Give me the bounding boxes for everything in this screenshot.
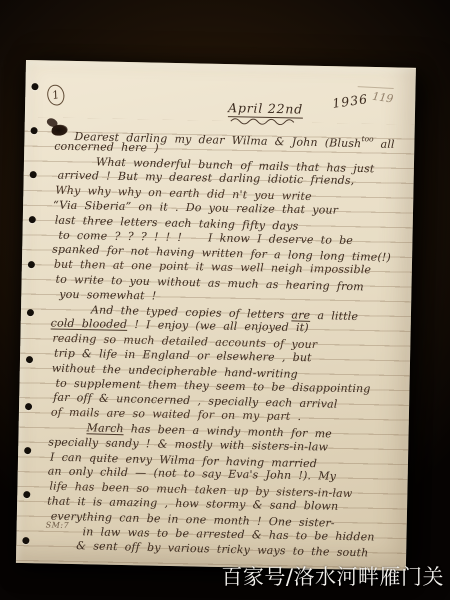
letter-date: April 22nd — [228, 100, 303, 119]
pencil-page-number: 119 — [372, 90, 395, 106]
punch-hole — [22, 537, 29, 544]
date-flourish-squiggle — [230, 117, 302, 125]
page-circle-mark: 1 — [45, 83, 66, 107]
letter-body: Dearest darling my dear Wilma & John (Bl… — [46, 125, 412, 561]
punch-hole — [28, 261, 35, 268]
punch-hole — [23, 491, 30, 498]
date-line: April 22nd 1936 — [228, 100, 303, 117]
watermark-text: 百家号/洛水河畔雁门关 — [221, 564, 444, 590]
letter-year: 1936 — [331, 91, 369, 111]
photo-background: 1 119 April 22nd 1936 SM:7 Dearest darli… — [0, 0, 450, 600]
punch-holes — [26, 61, 416, 69]
punch-hole — [27, 309, 34, 316]
punch-hole — [31, 83, 38, 90]
letter-paper: 1 119 April 22nd 1936 SM:7 Dearest darli… — [16, 60, 416, 571]
punch-hole — [25, 403, 32, 410]
punch-hole — [30, 171, 37, 178]
